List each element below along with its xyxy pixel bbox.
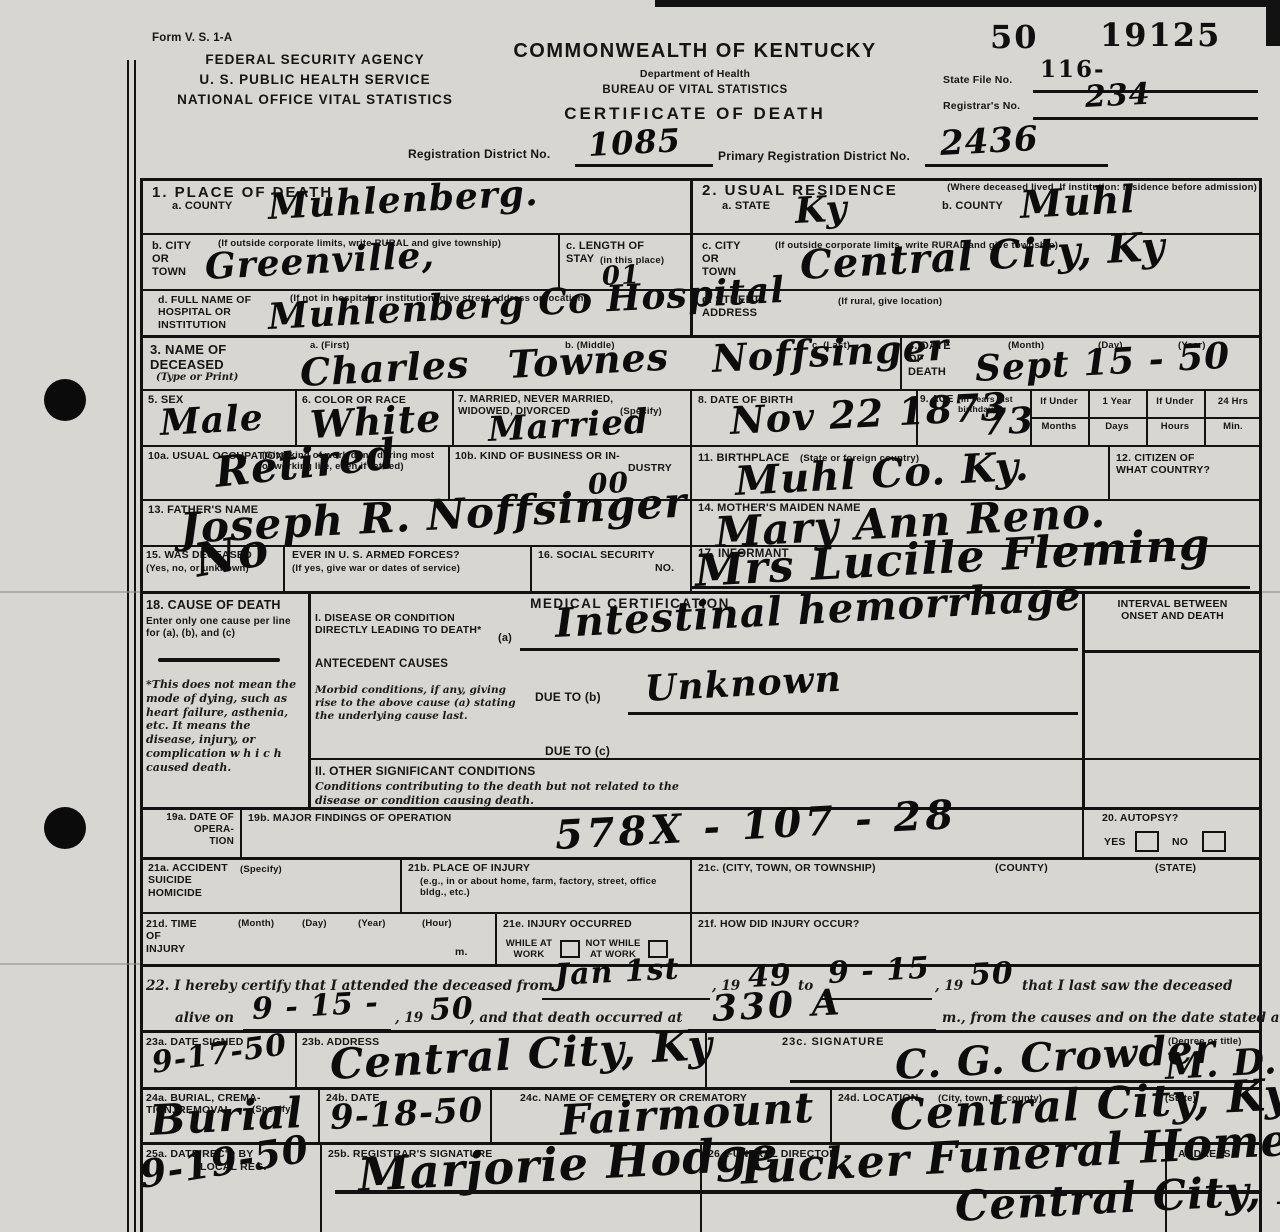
scan-streak-2 <box>0 963 140 965</box>
injury-state-label: (STATE) <box>1155 862 1196 874</box>
sex-value: Male <box>159 397 265 444</box>
ssn-label2: NO. <box>655 562 674 574</box>
cause-note2: *This does not mean the mode of dying, s… <box>146 678 302 774</box>
industry-label: 10b. KIND OF BUSINESS OR IN- <box>455 450 620 462</box>
toi-hour: (Hour) <box>422 918 452 929</box>
accident-label: 21a. ACCIDENT SUICIDE HOMICIDE <box>148 862 228 899</box>
certify-from-rule <box>542 998 710 1000</box>
time-of-injury-label: 21d. TIME OF INJURY <box>146 918 197 955</box>
registrar-no-value: 234 <box>1084 77 1151 115</box>
col-line <box>1108 445 1110 499</box>
industry-label2: DUSTRY <box>628 462 672 474</box>
while-at-work-checkbox <box>560 940 580 958</box>
age-c4: Min. <box>1204 421 1262 432</box>
certify-text-9: m., from the causes and on the date stat… <box>942 1010 1280 1027</box>
col-line <box>400 857 402 912</box>
certify-to-value: 9 - 15 <box>827 951 931 991</box>
scan-streak-3 <box>1262 591 1280 593</box>
scan-corner-mark <box>1266 0 1280 46</box>
toi-year: (Year) <box>358 918 386 929</box>
bureau-line: BUREAU OF VITAL STATISTICS <box>480 84 910 98</box>
col-line <box>318 1087 320 1142</box>
reg-district-rule <box>575 164 713 167</box>
certify-text-5: that I last saw the deceased <box>1022 978 1232 995</box>
interval-rule <box>1082 650 1262 653</box>
name-of-deceased-label: 3. NAME OF DECEASED <box>150 342 226 373</box>
disease-label: I. DISEASE OR CONDITION DIRECTLY LEADING… <box>315 612 481 637</box>
age-value: 73 <box>981 399 1035 444</box>
stamp-serial: 19125 <box>1100 16 1221 54</box>
place-of-injury-note: (e.g., in or about home, farm, factory, … <box>420 876 670 898</box>
left-margin-line-outer <box>127 60 129 1232</box>
interval-label: INTERVAL BETWEEN ONSET AND DEATH <box>1090 598 1255 623</box>
form-number: Form V. S. 1-A <box>152 32 232 46</box>
age-h2: 1 Year <box>1088 396 1146 407</box>
burial-date-value: 9-18-50 <box>329 1090 484 1138</box>
cause-of-death-label: 18. CAUSE OF DEATH <box>146 598 281 613</box>
certify-text-4: , 19 <box>935 978 963 995</box>
certify-from-value: Jan 1st <box>554 952 680 993</box>
col-line <box>830 1087 832 1142</box>
reg-district-label: Registration District No. <box>408 147 550 161</box>
toi-m: m. <box>455 946 468 958</box>
antecedent-note: Morbid conditions, if any, giving rise t… <box>315 684 520 723</box>
other-conditions-label: II. OTHER SIGNIFICANT CONDITIONS <box>315 764 535 778</box>
certify-year3-value: 50 <box>429 991 475 1028</box>
certificate-title: CERTIFICATE OF DEATH <box>480 104 910 124</box>
hole-punch-bottom <box>44 807 86 849</box>
age-grid-line <box>1030 417 1262 419</box>
place-of-injury-label: 21b. PLACE OF INJURY <box>408 862 530 874</box>
marital-value: Married <box>487 402 650 450</box>
length-of-stay-label2: STAY <box>566 253 594 266</box>
row-line <box>140 964 1262 967</box>
registrar-no-label: Registrar's No. <box>943 100 1020 112</box>
city-label: b. CITY OR TOWN <box>152 240 191 279</box>
agency-line-3: NATIONAL OFFICE VITAL STATISTICS <box>150 92 480 108</box>
col-line <box>1082 807 1084 857</box>
certify-text-7: , 19 <box>395 1010 423 1027</box>
age-h1: If Under <box>1030 396 1088 407</box>
toi-day: (Day) <box>302 918 327 929</box>
col-line <box>320 1142 322 1232</box>
cause-divider <box>158 658 280 662</box>
col-line <box>690 912 692 964</box>
dept-of-health: Department of Health <box>480 68 910 80</box>
row-line <box>140 912 1262 914</box>
col-line <box>283 545 285 591</box>
certify-year2-value: 50 <box>969 956 1015 993</box>
armed-forces-label2: EVER IN U. S. ARMED FORCES? <box>292 549 460 561</box>
age-h3: If Under <box>1146 396 1204 407</box>
certify-hour-rule <box>688 1029 936 1031</box>
disease-a-paren: (a) <box>498 632 512 645</box>
cause-note1: Enter only one cause per line for (a), (… <box>146 616 298 640</box>
due-to-b-label: DUE TO (b) <box>535 690 601 704</box>
other-conditions-note: Conditions contributing to the death but… <box>315 780 705 808</box>
col-line <box>530 545 532 591</box>
certify-hour-value: 330 A <box>711 981 844 1030</box>
primary-district-label: Primary Registration District No. <box>718 149 910 163</box>
accident-note: (Specify) <box>240 864 282 875</box>
col-line <box>490 1087 492 1142</box>
autopsy-label: 20. AUTOPSY? <box>1102 812 1179 824</box>
scan-top-edge <box>655 0 1280 7</box>
due-to-c-label: DUE TO (c) <box>545 744 610 758</box>
agency-line-2: U. S. PUBLIC HEALTH SERVICE <box>150 72 480 88</box>
major-findings-label: 19b. MAJOR FINDINGS OF OPERATION <box>248 812 451 824</box>
row-line <box>140 857 1262 860</box>
age-label: 9. AGE <box>920 394 954 406</box>
registrar-no-rule <box>1033 117 1258 120</box>
hole-punch-top <box>44 379 86 421</box>
autopsy-no-checkbox <box>1202 831 1226 852</box>
toi-month: (Month) <box>238 918 274 929</box>
col-line <box>452 389 454 445</box>
col-line <box>690 857 692 912</box>
res-county-value: Muhl <box>1019 176 1137 227</box>
first-name-value: Charles <box>299 341 471 395</box>
hospital-label: d. FULL NAME OF HOSPITAL OR INSTITUTION <box>158 294 251 331</box>
injury-city-label: 21c. (CITY, TOWN, OR TOWNSHIP) <box>698 862 876 874</box>
middle-name-value: Townes <box>507 334 670 387</box>
armed-forces-note2: (If yes, give war or dates of service) <box>292 563 460 574</box>
autopsy-no-label: NO <box>1172 836 1188 848</box>
age-c3: Hours <box>1146 421 1204 432</box>
state-label: a. STATE <box>722 200 770 213</box>
res-city-label: c. CITY OR TOWN <box>702 240 741 279</box>
col-line <box>295 389 297 445</box>
left-margin-line-inner <box>134 60 136 1232</box>
primary-district-value: 2436 <box>939 119 1040 164</box>
col-line <box>690 389 692 445</box>
res-county-label: b. COUNTY <box>942 200 1003 213</box>
street-label: d. STREET ADDRESS <box>702 294 760 320</box>
injury-county-label: (COUNTY) <box>995 862 1048 874</box>
type-or-print-note: (Type or Print) <box>156 372 238 385</box>
state-value: Ky <box>794 187 849 232</box>
autopsy-yes-checkbox <box>1135 831 1159 852</box>
age-c1: Months <box>1030 421 1088 432</box>
col-line <box>690 545 692 591</box>
stamp-year: 50 <box>990 18 1039 56</box>
disease-a-rule <box>520 648 1078 651</box>
autopsy-yes-label: YES <box>1104 836 1126 848</box>
date-of-operation-label: 19a. DATE OF OPERA- TION <box>146 812 234 847</box>
how-injury-label: 21f. HOW DID INJURY OCCUR? <box>698 918 860 930</box>
reg-district-value: 1085 <box>587 121 682 164</box>
death-certificate-scan: Form V. S. 1-A FEDERAL SECURITY AGENCY U… <box>0 0 1280 1232</box>
commonwealth-title: COMMONWEALTH OF KENTUCKY <box>480 40 910 64</box>
ssn-label: 16. SOCIAL SECURITY <box>538 549 655 561</box>
col-line <box>690 499 692 545</box>
col-line <box>495 912 497 964</box>
primary-district-rule <box>925 164 1108 167</box>
age-h4: 24 Hrs <box>1204 396 1262 407</box>
while-at-work-label: WHILE AT WORK <box>500 938 558 960</box>
age-c2: Days <box>1088 421 1146 432</box>
col-line <box>1082 591 1085 807</box>
antecedent-label: ANTECEDENT CAUSES <box>315 658 448 672</box>
signature-label: 23c. SIGNATURE <box>782 1036 884 1049</box>
agency-line-1: FEDERAL SECURITY AGENCY <box>150 52 480 68</box>
col-line <box>308 591 311 807</box>
col-line <box>690 445 692 499</box>
state-file-label: State File No. <box>943 74 1012 86</box>
street-note: (If rural, give location) <box>838 296 942 307</box>
row-line <box>308 758 1262 760</box>
certify-alive-value: 9 - 15 - <box>251 985 380 1027</box>
scan-streak-1 <box>0 591 140 593</box>
date-of-death-label: 4. DATE OF DEATH <box>908 340 951 379</box>
length-of-stay-label: c. LENGTH OF <box>566 240 644 253</box>
col-line <box>240 807 242 857</box>
citizen-label: 12. CITIZEN OF WHAT COUNTRY? <box>1116 452 1210 477</box>
county-label: a. COUNTY <box>172 200 232 213</box>
col-line <box>295 1030 297 1087</box>
certify-text-6: alive on <box>175 1010 234 1027</box>
due-to-b-rule <box>628 712 1078 715</box>
injury-occurred-label: 21e. INJURY OCCURRED <box>503 918 632 930</box>
